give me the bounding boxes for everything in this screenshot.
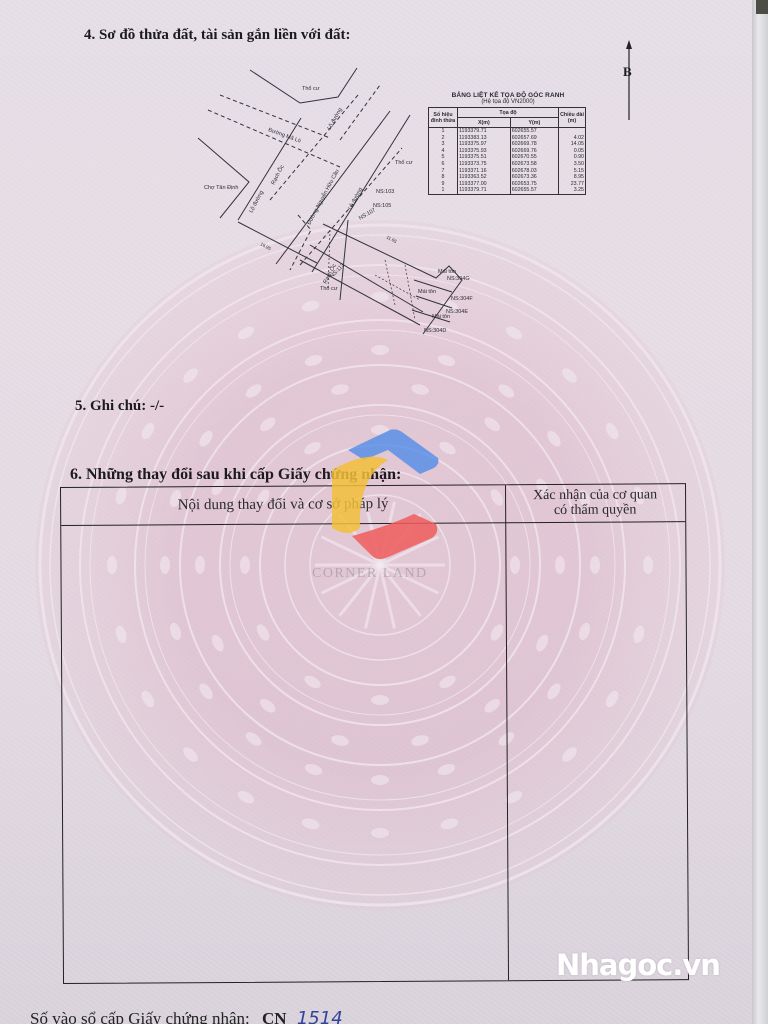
coordinate-cell-y: 602669.76 [510, 148, 558, 155]
coordinate-table-subtitle: (Hệ tọa độ VN2000) [428, 99, 588, 105]
coordinate-cell-x: 1193383.13 [458, 135, 511, 142]
coordinate-cell-x: 1193363.52 [458, 174, 511, 181]
coordinate-cell-y: 602655.57 [510, 128, 558, 135]
coordinate-cell-point: 4 [429, 148, 458, 155]
map-label: Thổ cư [302, 85, 320, 92]
coordinate-row: 51193375.51602670.550.90 [429, 154, 586, 161]
coordinate-row: 41193375.93602669.760.05 [429, 148, 586, 155]
coordinate-table: BẢNG LIỆT KÊ TỌA ĐỘ GÓC RANH (Hệ tọa độ … [428, 92, 588, 195]
map-label: Lộ đường [347, 187, 364, 211]
coordinate-cell-y: 602670.55 [510, 154, 558, 161]
map-label: Mái tôn [432, 314, 450, 320]
coordinate-cell-x: 1193375.93 [458, 148, 511, 155]
map-label: Thổ cư [395, 159, 413, 166]
coordinate-table-title: BẢNG LIỆT KÊ TỌA ĐỘ GÓC RANH [428, 92, 588, 99]
map-label: NS:304F [451, 296, 473, 302]
section-5-title: 5. Ghi chú: -/- [75, 398, 164, 415]
authority-header-line1: Xác nhận của cơ quan [505, 487, 685, 503]
coordinate-cell-x: 1193379.71 [458, 187, 511, 194]
coordinate-row: 11193379.71602655.57 [429, 128, 586, 135]
registry-number: 1514 [297, 1008, 343, 1024]
coordinate-cell-y: 602673.58 [510, 161, 558, 168]
coordinate-cell-x: 1193375.51 [458, 154, 511, 161]
corner-land-watermark: CORNER LAND [312, 566, 428, 582]
coordinate-cell-x: 1193377.00 [458, 181, 511, 188]
coordinate-cell-length: 3.25 [559, 187, 586, 194]
coordinate-cell-point: 1 [429, 187, 458, 194]
column-divider [505, 485, 509, 980]
map-label: Chợ Tân Định [204, 185, 238, 191]
north-arrow-icon [622, 40, 636, 122]
map-label: Đường Mã Lò [267, 127, 301, 144]
coordinate-cell-point: 7 [429, 168, 458, 175]
coordinate-cell-length: 0.05 [559, 148, 586, 155]
coordinate-row: 91193377.00602653.7523.77 [429, 181, 586, 188]
col-length: Chiều dài (m) [559, 108, 586, 128]
coordinate-cell-length: 4.02 [559, 135, 586, 142]
map-label: 16.95 [260, 241, 273, 251]
coordinate-cell-length: 5.15 [559, 168, 586, 175]
coordinate-cell-point: 8 [429, 174, 458, 181]
registry-label: Số vào sổ cấp Giấy chứng nhận: [30, 1009, 250, 1024]
map-label: Mái tôn [418, 289, 436, 295]
coordinate-cell-y: 602669.78 [510, 141, 558, 148]
coordinate-cell-y: 602653.75 [510, 181, 558, 188]
coordinate-row: 71193371.16602678.035.15 [429, 168, 586, 175]
col-y: Y(m) [510, 118, 558, 128]
coordinate-cell-x: 1193371.16 [458, 168, 511, 175]
coordinate-cell-y: 602678.03 [510, 168, 558, 175]
certificate-registry-number: Số vào sổ cấp Giấy chứng nhận: CN 1514 [30, 1008, 343, 1024]
registry-prefix: CN [262, 1009, 287, 1024]
coordinate-cell-x: 1193379.71 [458, 128, 511, 135]
coordinate-cell-x: 1193375.97 [458, 141, 511, 148]
map-label: NS:103 [376, 189, 394, 195]
section-4-title: 4. Sơ đồ thửa đất, tài sản gắn liền với … [84, 27, 351, 44]
map-label: NS:105 [373, 203, 391, 209]
coordinate-cell-length: 23.77 [559, 181, 586, 188]
coordinate-row: 11193379.71602655.573.25 [429, 187, 586, 194]
coordinate-cell-point: 6 [429, 161, 458, 168]
nhagoc-watermark: Nhagoc.vn [556, 948, 720, 982]
coordinate-cell-point: 5 [429, 154, 458, 161]
coordinate-cell-point: 1 [429, 128, 458, 135]
map-label: Lộ đường [327, 107, 344, 131]
coordinate-row: 31193375.97602669.7814.05 [429, 141, 586, 148]
coordinate-cell-length: 8.95 [559, 174, 586, 181]
coordinate-row: 21193383.13602657.694.02 [429, 135, 586, 142]
map-label: Rạch Ốc [270, 164, 286, 186]
corner-land-logo-icon [328, 428, 440, 560]
map-label: Mái tôn [438, 269, 456, 275]
map-label: Đường Nguyễn Hữu Cầu [306, 168, 341, 226]
coordinate-cell-length: 3.50 [559, 161, 586, 168]
col-point: Số hiệu đỉnh thửa [429, 108, 458, 128]
coordinate-cell-point: 9 [429, 181, 458, 188]
coordinate-cell-point: 2 [429, 135, 458, 142]
coordinate-cell-length [559, 128, 586, 135]
coordinate-cell-y: 602657.69 [510, 135, 558, 142]
coordinate-cell-length: 0.90 [559, 154, 586, 161]
map-label: Thổ cư [320, 285, 338, 292]
authority-confirmation-header: Xác nhận của cơ quan có thẩm quyền [505, 487, 685, 518]
north-label: B [623, 64, 632, 80]
map-label: Lộ đường [248, 190, 265, 214]
col-coords: Tọa độ [458, 108, 559, 118]
coordinate-cell-x: 1193373.75 [458, 161, 511, 168]
map-label: 11.65 [386, 234, 398, 244]
coordinate-cell-length: 14.05 [559, 141, 586, 148]
background-corner [756, 0, 768, 14]
coordinate-cell-point: 3 [429, 141, 458, 148]
map-label: NS:304G [447, 276, 470, 282]
coordinate-row: 81193363.52602673.368.95 [429, 174, 586, 181]
map-label: NS:107 [358, 207, 377, 221]
coordinate-cell-y: 602655.57 [510, 187, 558, 194]
coordinate-row: 61193373.75602673.583.50 [429, 161, 586, 168]
authority-header-line2: có thẩm quyền [505, 502, 685, 518]
col-x: X(m) [458, 118, 511, 128]
map-label: NS:304D [424, 328, 446, 334]
coordinate-cell-y: 602673.36 [510, 174, 558, 181]
